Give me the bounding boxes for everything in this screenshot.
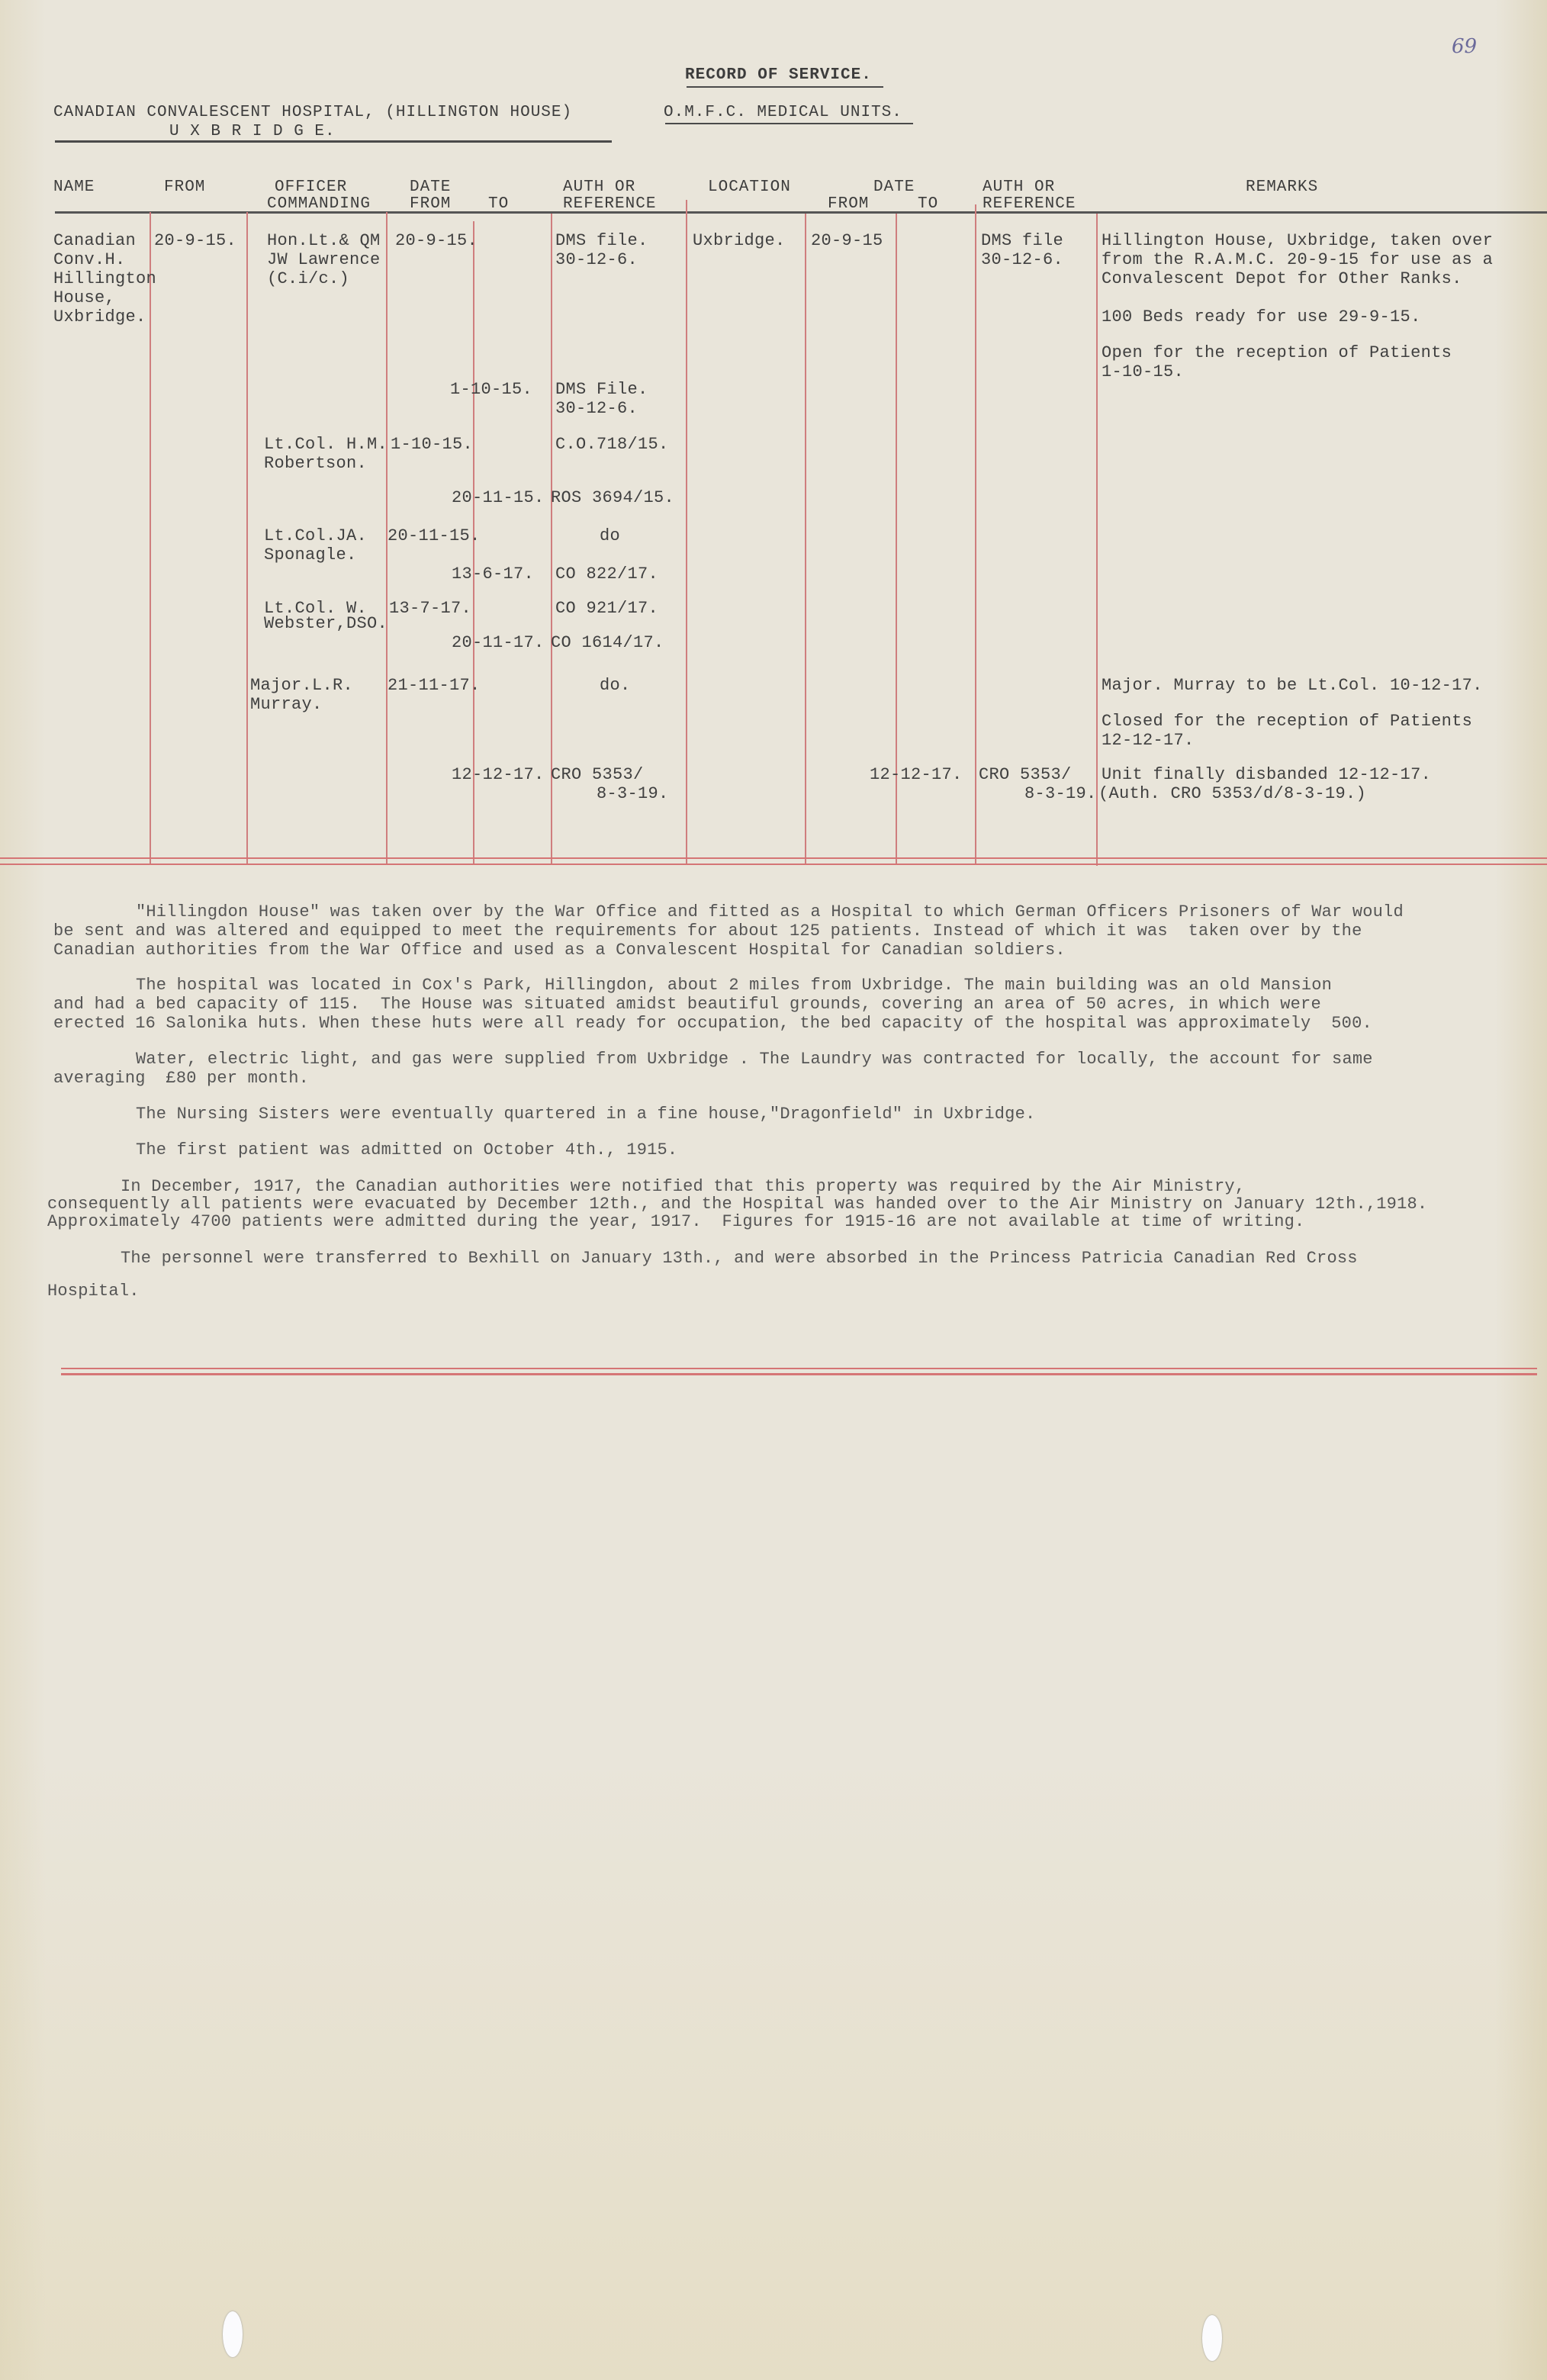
location-from: 20-9-15 bbox=[811, 231, 883, 250]
officer-from: 13-7-17. bbox=[389, 599, 471, 618]
location-auth: DMS file bbox=[981, 231, 1063, 250]
name-line: Conv.H. bbox=[53, 250, 126, 269]
officer-from: 21-11-17. bbox=[388, 676, 481, 695]
officer-from: 1-10-15. bbox=[391, 435, 473, 454]
officer-name: Robertson. bbox=[264, 454, 367, 473]
punch-hole bbox=[1202, 2315, 1222, 2361]
table-end-rule bbox=[0, 864, 1547, 865]
remark-line: Major. Murray to be Lt.Col. 10-12-17. bbox=[1102, 676, 1483, 695]
narrative-line: Canadian authorities from the War Office… bbox=[53, 941, 1066, 960]
column-rule bbox=[1096, 214, 1098, 866]
narrative-line: consequently all patients were evacuated… bbox=[47, 1195, 1427, 1214]
unit-name: CANADIAN CONVALESCENT HOSPITAL, (HILLING… bbox=[53, 103, 572, 122]
officer-auth: do bbox=[600, 526, 620, 545]
narrative-line: Approximately 4700 patients were admitte… bbox=[47, 1212, 1304, 1231]
page-number: 69 bbox=[1452, 35, 1477, 58]
officer-to: 12-12-17. bbox=[452, 765, 545, 784]
narrative-line: and had a bed capacity of 115. The House… bbox=[53, 995, 1321, 1014]
officer-name: Lt.Col. H.M. bbox=[264, 435, 388, 454]
unit-location: U X B R I D G E. bbox=[169, 122, 336, 141]
narrative-line: averaging £80 per month. bbox=[53, 1069, 309, 1088]
officer-to-auth: DMS File. bbox=[555, 380, 648, 399]
officer-name: JW Lawrence bbox=[267, 250, 381, 269]
col-date2: DATE bbox=[873, 178, 915, 197]
officer-name: (C.i/c.) bbox=[267, 269, 349, 288]
name-line: Hillington bbox=[53, 269, 156, 288]
column-rule bbox=[975, 204, 976, 864]
officer-name: Major.L.R. bbox=[250, 676, 353, 695]
officer-to: 1-10-15. bbox=[450, 380, 532, 399]
table-end-rule bbox=[0, 857, 1547, 859]
officer-from: 20-11-15. bbox=[388, 526, 481, 545]
unit-from-date: 20-9-15. bbox=[154, 231, 236, 250]
remark-line: Convalescent Depot for Other Ranks. bbox=[1102, 269, 1462, 288]
remark-line: Hillington House, Uxbridge, taken over bbox=[1102, 231, 1493, 250]
narrative-line: The first patient was admitted on Octobe… bbox=[136, 1140, 677, 1159]
officer-name: Hon.Lt.& QM bbox=[267, 231, 381, 250]
officer-auth: C.O.718/15. bbox=[555, 435, 669, 454]
remark-line: 12-12-17. bbox=[1102, 731, 1195, 750]
name-line: Uxbridge. bbox=[53, 307, 146, 326]
closing-rule bbox=[61, 1373, 1537, 1375]
closing-rule bbox=[61, 1368, 1537, 1369]
unit-category-underline bbox=[665, 123, 913, 124]
narrative-line: The hospital was located in Cox's Park, … bbox=[136, 976, 1332, 995]
unit-category: O.M.F.C. MEDICAL UNITS. bbox=[664, 103, 902, 122]
record-title: RECORD OF SERVICE. bbox=[685, 66, 872, 85]
column-rule bbox=[246, 212, 248, 864]
remark-line: (Auth. CRO 5353/d/8-3-19.) bbox=[1098, 784, 1366, 803]
narrative-line: "Hillingdon House" was taken over by the… bbox=[136, 902, 1404, 921]
column-rule bbox=[686, 200, 687, 864]
remark-line: Closed for the reception of Patients bbox=[1102, 712, 1472, 731]
col-from: FROM bbox=[164, 178, 205, 197]
narrative-line: Hospital. bbox=[47, 1282, 140, 1301]
officer-auth: 30-12-6. bbox=[555, 250, 638, 269]
name-line: House, bbox=[53, 288, 115, 307]
unit-name-underline bbox=[55, 140, 612, 143]
narrative-line: erected 16 Salonika huts. When these hut… bbox=[53, 1014, 1372, 1033]
punch-hole bbox=[223, 2311, 243, 2357]
remark-line: Open for the reception of Patients bbox=[1102, 343, 1452, 362]
officer-to: 20-11-17. bbox=[452, 633, 545, 652]
officer-to-auth: ROS 3694/15. bbox=[551, 488, 674, 507]
column-rule bbox=[805, 214, 806, 864]
officer-auth: DMS file. bbox=[555, 231, 648, 250]
col-remarks: REMARKS bbox=[1246, 178, 1318, 197]
narrative-line: Water, electric light, and gas were supp… bbox=[136, 1050, 1373, 1069]
officer-to: 13-6-17. bbox=[452, 564, 534, 584]
officer-to-auth: CRO 5353/ bbox=[551, 765, 644, 784]
col-name: NAME bbox=[53, 178, 95, 197]
remark-line: from the R.A.M.C. 20-9-15 for use as a bbox=[1102, 250, 1493, 269]
officer-name: Sponagle. bbox=[264, 545, 357, 564]
remark-line: 100 Beds ready for use 29-9-15. bbox=[1102, 307, 1421, 326]
remark-line: 1-10-15. bbox=[1102, 362, 1184, 381]
officer-auth: CO 921/17. bbox=[555, 599, 658, 618]
narrative-line: The Nursing Sisters were eventually quar… bbox=[136, 1105, 1035, 1124]
narrative-line: be sent and was altered and equipped to … bbox=[53, 921, 1362, 941]
location-auth: 30-12-6. bbox=[981, 250, 1063, 269]
officer-to-auth: CO 1614/17. bbox=[551, 633, 664, 652]
column-rule bbox=[150, 212, 151, 864]
officer-name: Webster,DSO. bbox=[264, 614, 388, 633]
record-title-underline bbox=[687, 86, 883, 88]
location-to: 12-12-17. bbox=[870, 765, 963, 784]
header-rule bbox=[55, 211, 1547, 214]
officer-name: Lt.Col.JA. bbox=[264, 526, 367, 545]
location-final-auth: CRO 5353/ bbox=[979, 765, 1072, 784]
officer-to-auth: 8-3-19. bbox=[597, 784, 669, 803]
officer-to-auth: 30-12-6. bbox=[555, 399, 638, 418]
officer-to-auth: CO 822/17. bbox=[555, 564, 658, 584]
officer-auth: do. bbox=[600, 676, 631, 695]
location-final-auth: 8-3-19. bbox=[1024, 784, 1097, 803]
name-line: Canadian bbox=[53, 231, 136, 250]
location: Uxbridge. bbox=[693, 231, 786, 250]
col-location: LOCATION bbox=[708, 178, 791, 197]
remark-line: Unit finally disbanded 12-12-17. bbox=[1102, 765, 1431, 784]
officer-name: Murray. bbox=[250, 695, 323, 714]
officer-from: 20-9-15. bbox=[395, 231, 478, 250]
narrative-line: The personnel were transferred to Bexhil… bbox=[121, 1249, 1358, 1268]
officer-to: 20-11-15. bbox=[452, 488, 545, 507]
narrative-line: In December, 1917, the Canadian authorit… bbox=[121, 1177, 1245, 1196]
